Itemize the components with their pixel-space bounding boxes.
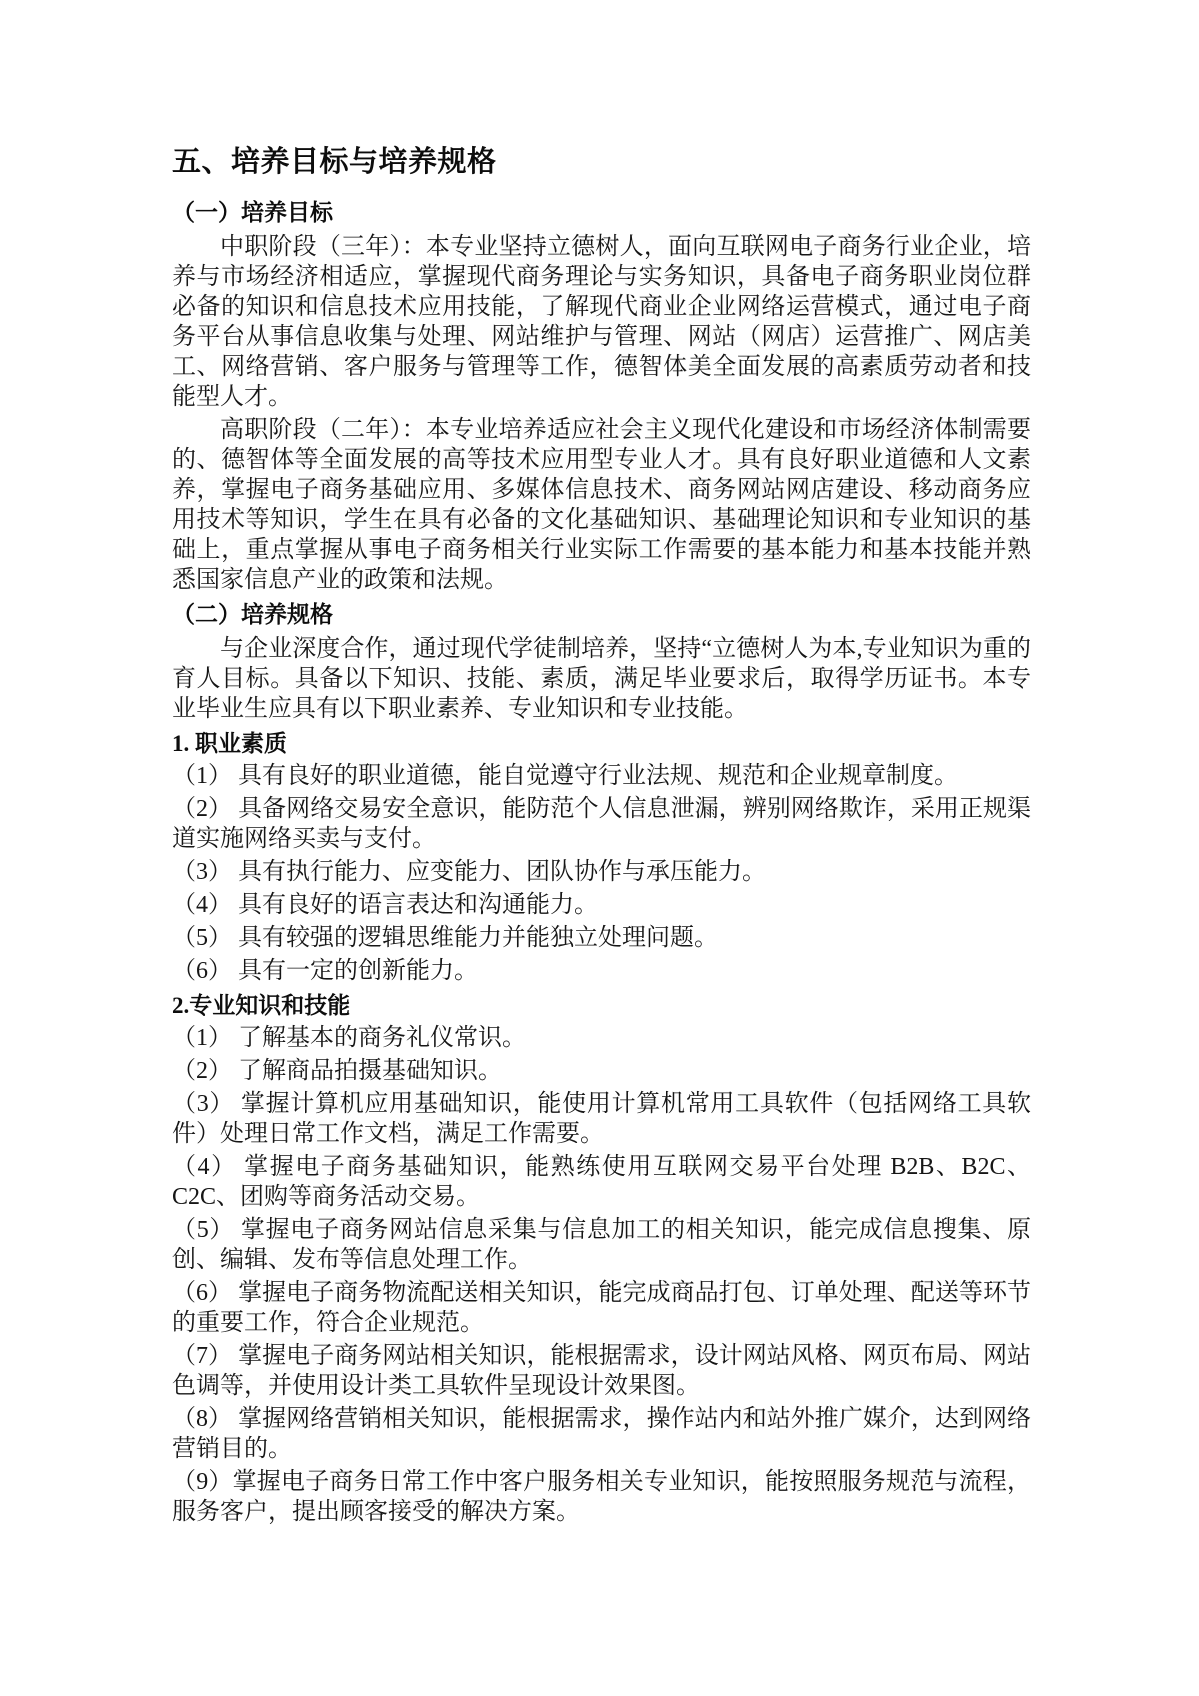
skill-list-item: （6） 掌握电子商务物流配送相关知识，能完成商品打包、订单处理、配送等环节的重要… <box>172 1278 1031 1338</box>
subsection-knowledge-skills-heading: 2.专业知识和技能 <box>172 990 1031 1021</box>
skill-list-item: （1） 了解基本的商务礼仪常识。 <box>172 1023 1031 1053</box>
skill-list-item: （3） 掌握计算机应用基础知识，能使用计算机常用工具软件（包括网络工具软件）处理… <box>172 1089 1031 1149</box>
section-2-heading: （二）培养规格 <box>172 599 1031 631</box>
skill-list-item: （9）掌握电子商务日常工作中客户服务相关专业知识，能按照服务规范与流程，服务客户… <box>172 1467 1031 1527</box>
skill-list-item: （2） 了解商品拍摄基础知识。 <box>172 1056 1031 1086</box>
document-page: 五、培养目标与培养规格 （一）培养目标 中职阶段（三年）：本专业坚持立德树人，面… <box>0 0 1199 1696</box>
skill-list-item: （8） 掌握网络营销相关知识，能根据需求，操作站内和站外推广媒介，达到网络营销目… <box>172 1404 1031 1464</box>
quality-list-item: （1） 具有良好的职业道德，能自觉遵守行业法规、规范和企业规章制度。 <box>172 761 1031 791</box>
quality-list-item: （3） 具有执行能力、应变能力、团队协作与承压能力。 <box>172 857 1031 887</box>
document-title: 五、培养目标与培养规格 <box>172 141 1031 183</box>
paragraph-higher-stage: 高职阶段（二年）：本专业培养适应社会主义现代化建设和市场经济体制需要的、德智体等… <box>172 415 1031 595</box>
quality-list-item: （2） 具备网络交易安全意识，能防范个人信息泄漏，辨别网络欺诈，采用正规渠道实施… <box>172 794 1031 854</box>
skill-list-item: （7） 掌握电子商务网站相关知识，能根据需求，设计网站风格、网页布局、网站色调等… <box>172 1341 1031 1401</box>
quality-list-item: （4） 具有良好的语言表达和沟通能力。 <box>172 890 1031 920</box>
section-1-heading: （一）培养目标 <box>172 197 1031 229</box>
skill-list-item: （4） 掌握电子商务基础知识，能熟练使用互联网交易平台处理 B2B、B2C、C2… <box>172 1152 1031 1212</box>
subsection-professional-quality-heading: 1. 职业素质 <box>172 728 1031 759</box>
quality-list-item: （6） 具有一定的创新能力。 <box>172 956 1031 986</box>
quality-list-item: （5） 具有较强的逻辑思维能力并能独立处理问题。 <box>172 923 1031 953</box>
paragraph-training-spec-intro: 与企业深度合作，通过现代学徒制培养，坚持“立德树人为本,专业知识为重的育人目标。… <box>172 634 1031 724</box>
paragraph-secondary-stage: 中职阶段（三年）：本专业坚持立德树人，面向互联网电子商务行业企业，培养与市场经济… <box>172 232 1031 412</box>
skill-list-item: （5） 掌握电子商务网站信息采集与信息加工的相关知识，能完成信息搜集、原创、编辑… <box>172 1215 1031 1275</box>
